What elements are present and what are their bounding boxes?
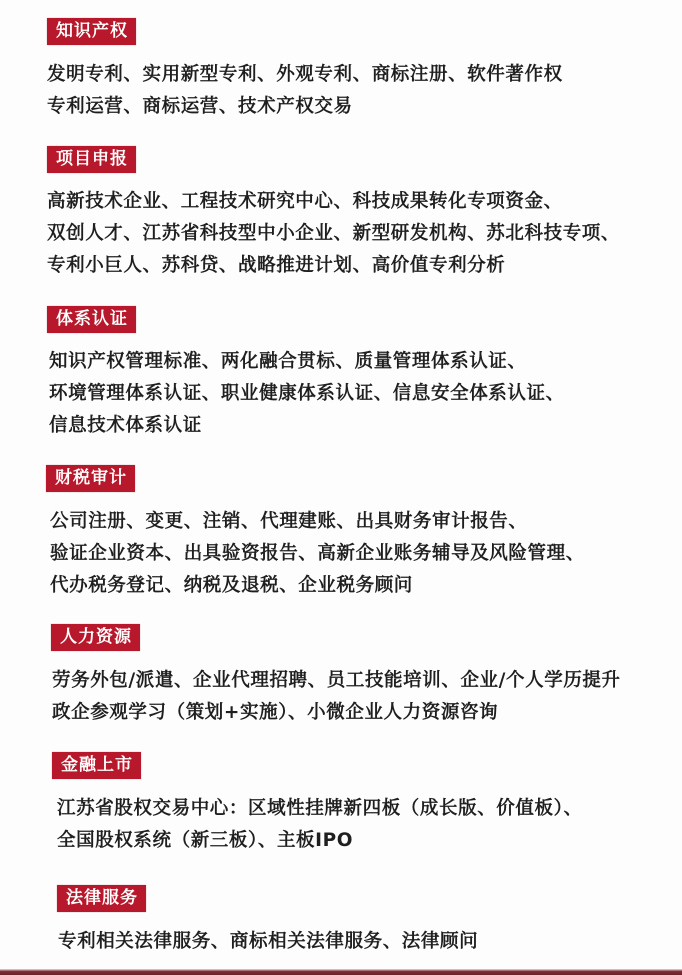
section-tag: 知识产权	[47, 18, 136, 45]
section-line: 发明专利、实用新型专利、外观专利、商标注册、软件著作权	[47, 63, 563, 87]
section-tag: 项目申报	[47, 146, 136, 173]
section-line: 环境管理体系认证、职业健康体系认证、信息安全体系认证、	[49, 382, 565, 406]
section-line: 江苏省股权交易中心：区域性挂牌新四板（成长版、价值板）、	[57, 797, 583, 821]
section-line: 高新技术企业、工程技术研究中心、科技成果转化专项资金、	[47, 190, 563, 214]
section-line: 公司注册、变更、注销、代理建账、出具财务审计报告、	[50, 510, 528, 534]
section-line: 劳务外包/派遣、企业代理招聘、员工技能培训、企业/个人学历提升	[52, 669, 621, 693]
section-tag: 体系认证	[47, 306, 136, 333]
section-tag: 法律服务	[57, 885, 146, 912]
section-tag: 金融上市	[52, 752, 141, 779]
section-line: 政企参观学习（策划+实施）、小微企业人力资源咨询	[52, 701, 498, 725]
section-line: 验证企业资本、出具验资报告、高新企业账务辅导及风险管理、	[50, 542, 585, 566]
section-line: 代办税务登记、纳税及退税、企业税务顾问	[50, 574, 413, 598]
section-tag: 人力资源	[51, 624, 140, 651]
section-line: 专利小巨人、苏科贷、战略推进计划、高价值专利分析	[47, 254, 505, 278]
section-line: 专利运营、商标运营、技术产权交易	[47, 95, 353, 119]
section-line: 知识产权管理标准、两化融合贯标、质量管理体系认证、	[49, 350, 527, 374]
section-tag: 财税审计	[46, 465, 135, 492]
section-line: 信息技术体系认证	[49, 414, 202, 438]
section-line: 双创人才、江苏省科技型中小企业、新型研发机构、苏北科技专项、	[47, 222, 620, 246]
section-line: 全国股权系统（新三板）、主板IPO	[57, 829, 353, 853]
bottom-divider	[0, 969, 682, 975]
section-line: 专利相关法律服务、商标相关法律服务、法律顾问	[58, 930, 478, 954]
